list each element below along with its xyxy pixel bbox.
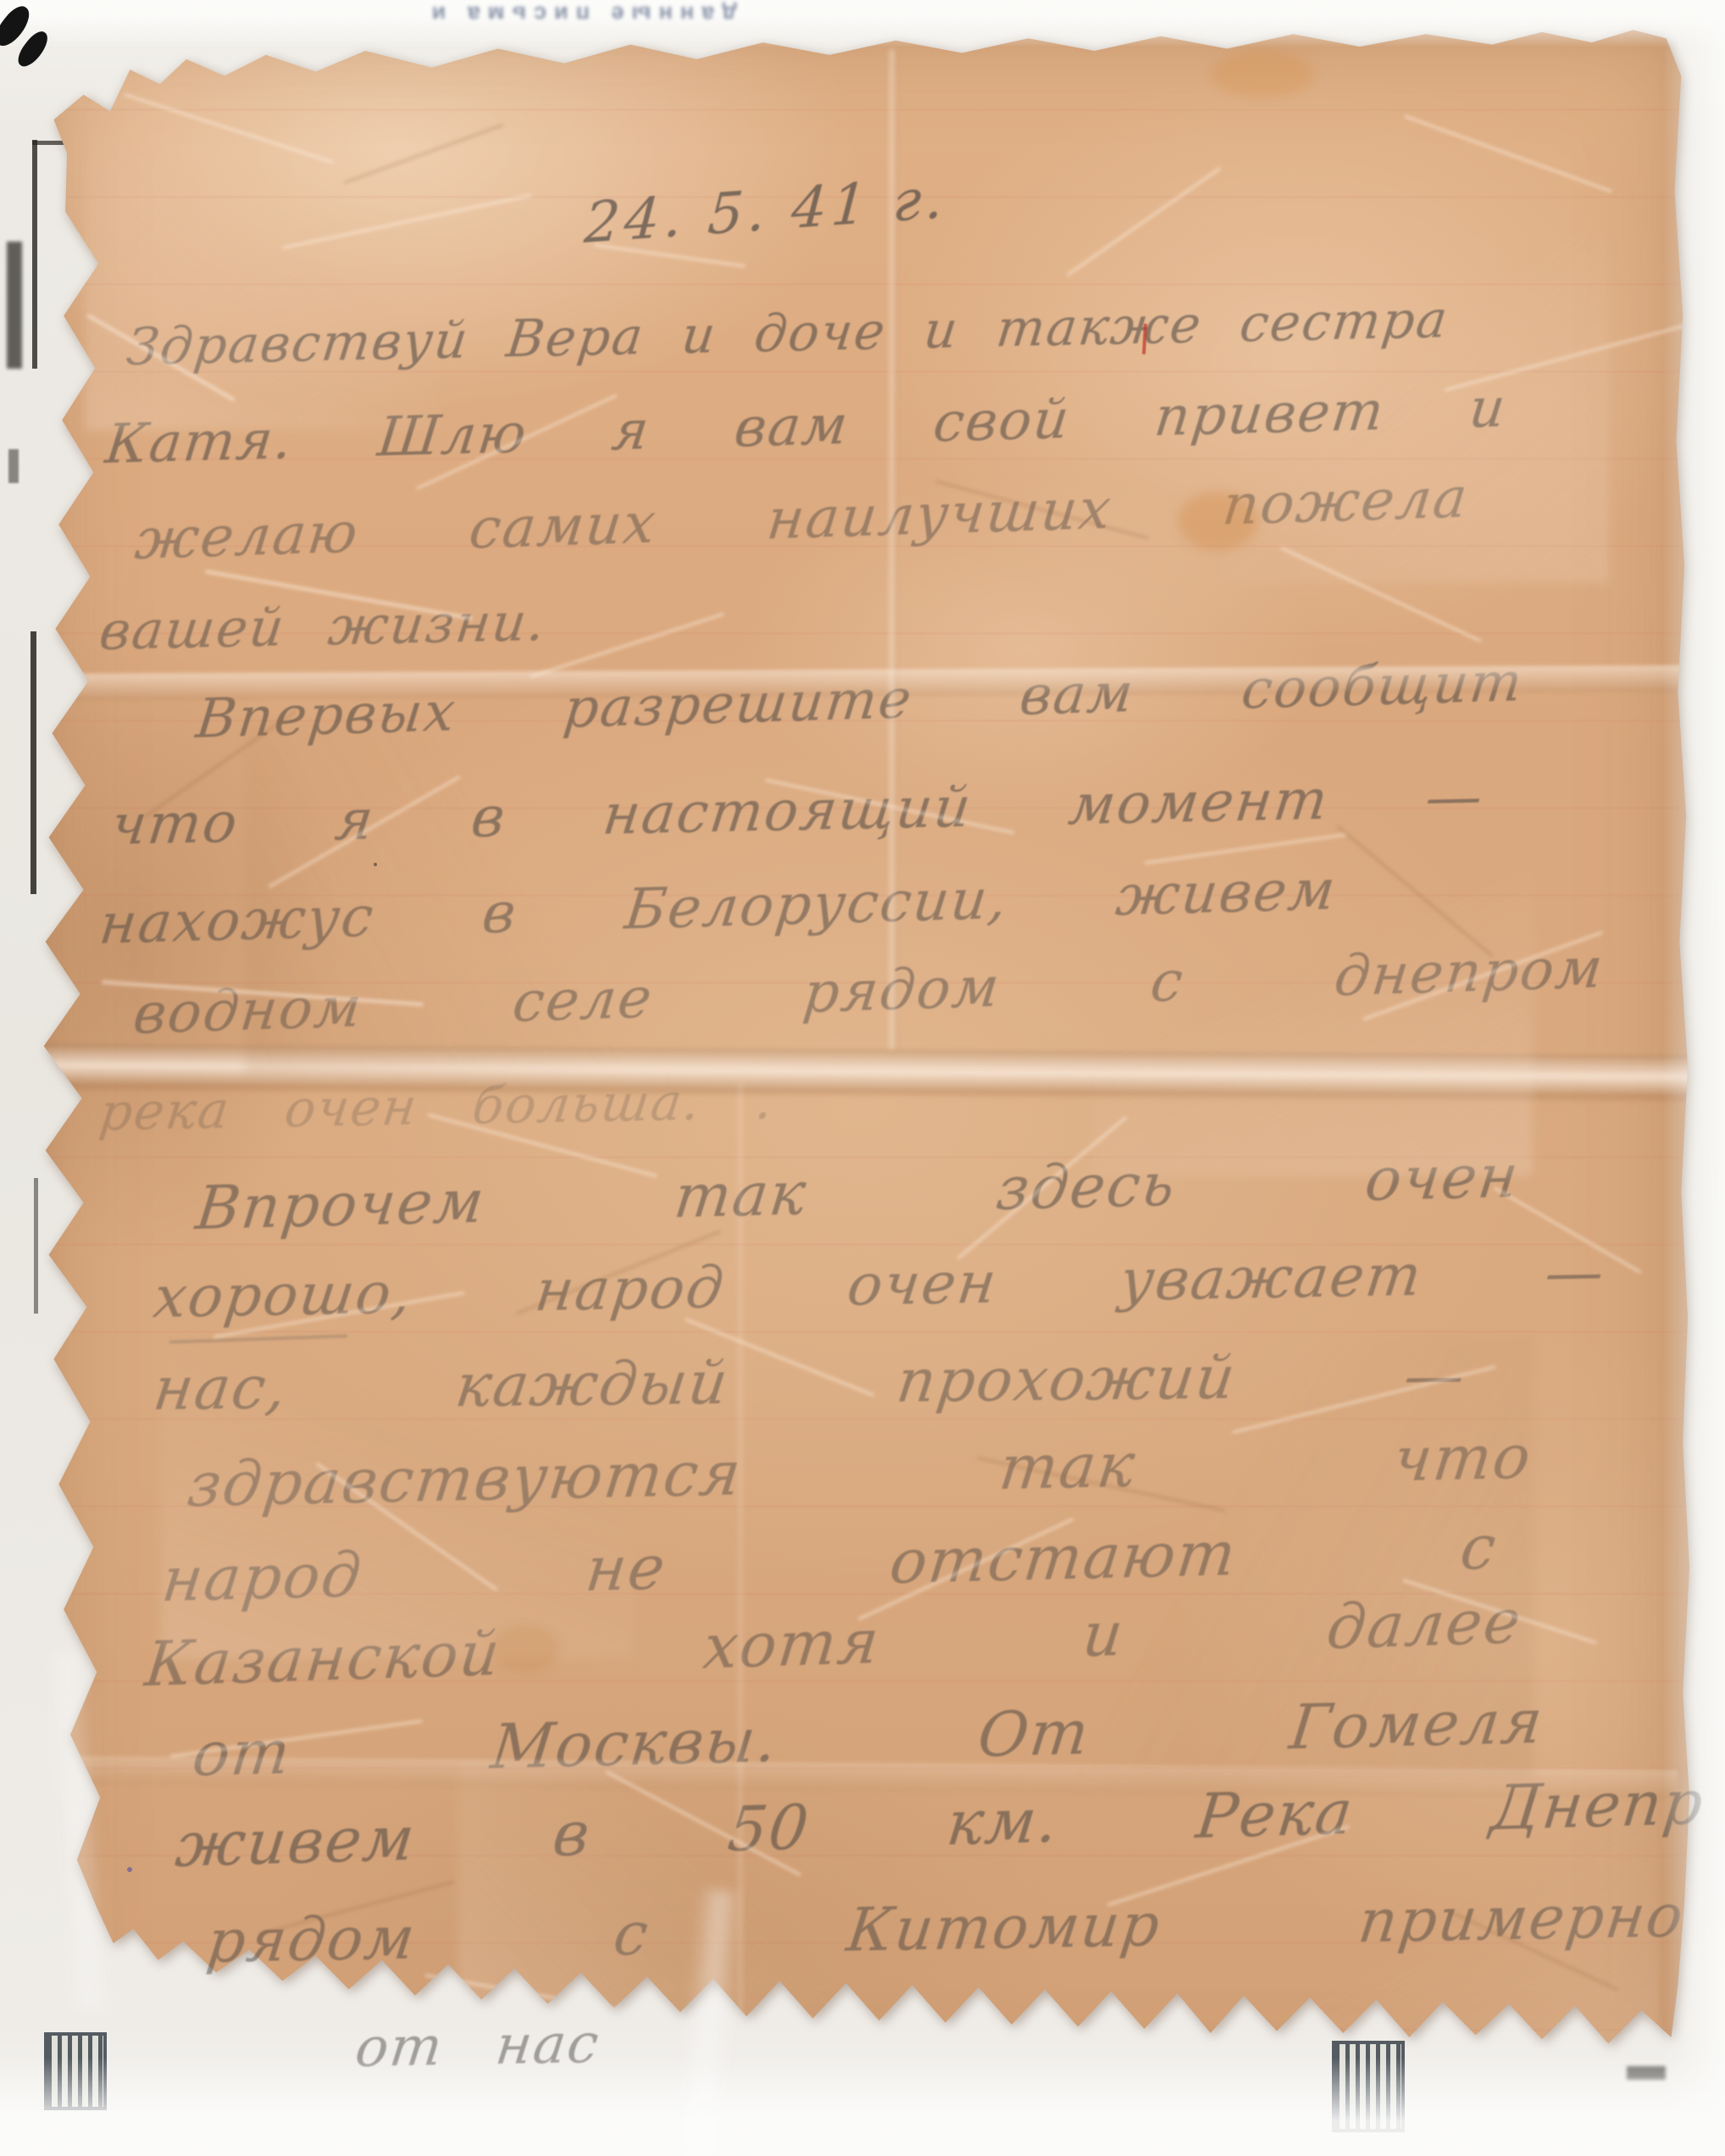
handwritten-line: Катя. Шлю я вам свой привет и <box>103 377 1510 477</box>
handwritten-line: от Москвы. От Гомеля <box>189 1686 1548 1790</box>
handwriting-layer: 24. 5. 41 г. Здравствуй Вера и доче и та… <box>0 0 1725 2156</box>
handwritten-line: от нас <box>352 2013 603 2080</box>
handwritten-line: Здравствуй Вера и доче и также сестра <box>124 290 1452 377</box>
handwritten-line: вашей жизни. <box>97 591 550 662</box>
scanned-letter-page: 24. 5. 41 г. Здравствуй Вера и доче и та… <box>0 0 1725 2156</box>
handwritten-line: что я в настоящий момент — <box>108 764 1487 858</box>
handwritten-line: Впрочем так здесь очен <box>192 1142 1523 1243</box>
handwritten-line: река очен больша. . <box>97 1071 778 1142</box>
handwritten-line: рядом с Китомир примерно <box>203 1881 1689 1976</box>
handwritten-line: водном селе рядом с днепром <box>130 935 1607 1047</box>
handwritten-line: нас, каждый прохожий — <box>150 1341 1471 1424</box>
flipped-print-text: данные письма и <box>93 0 1068 27</box>
ink-dot <box>127 1867 132 1872</box>
handwritten-line: здравствуются так что <box>184 1421 1536 1520</box>
handwritten-line: хорошо, народ очен уважает — <box>150 1239 1609 1331</box>
ink-dot <box>374 863 377 866</box>
handwritten-line: нахожус в Белоруссии, живем <box>97 857 1340 957</box>
handwritten-line: Впервых разрешите вам сообщит <box>193 651 1527 751</box>
underline-stroke <box>169 1334 347 1343</box>
handwritten-line: желаю самих наилучших пожела <box>132 464 1473 572</box>
letter-date: 24. 5. 41 г. <box>582 165 950 257</box>
